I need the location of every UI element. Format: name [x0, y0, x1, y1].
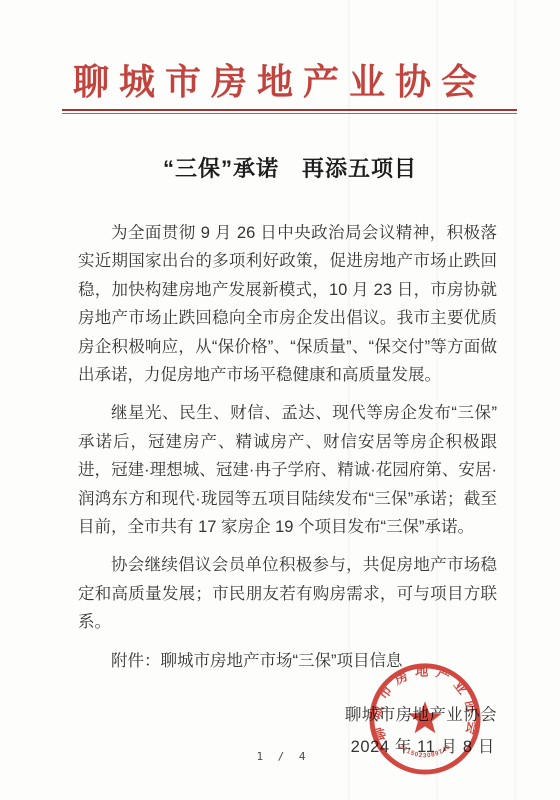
document-body: 为全面贯彻 9 月 26 日中央政治局会议精神，积极落实近期国家出台的多项利好政… — [78, 219, 497, 685]
letterhead-rule — [62, 109, 517, 114]
paragraph: 协会继续倡议会员单位积极参与，共促房地产市场稳定和高质量发展；市民朋友若有购房需… — [78, 551, 497, 636]
seal-serial-number: 3715023089746 — [398, 743, 452, 759]
letterhead-org-name: 聊城市房地产业协会 — [0, 54, 560, 105]
paragraph: 为全面贯彻 9 月 26 日中央政治局会议精神，积极落实近期国家出台的多项利好政… — [78, 219, 497, 389]
document-page: 聊城市房地产业协会 “三保”承诺 再添五项目 为全面贯彻 9 月 26 日中央政… — [0, 0, 560, 800]
scan-streak — [514, 0, 517, 800]
paragraph: 继星光、民生、财信、孟达、现代等房企发布“三保”承诺后，冠建房产、精诚房产、财信… — [78, 399, 497, 541]
document-title: “三保”承诺 再添五项目 — [78, 152, 502, 183]
official-seal: 聊城市房地产业协会 3715023089746 — [366, 659, 484, 777]
star-icon — [408, 701, 442, 733]
